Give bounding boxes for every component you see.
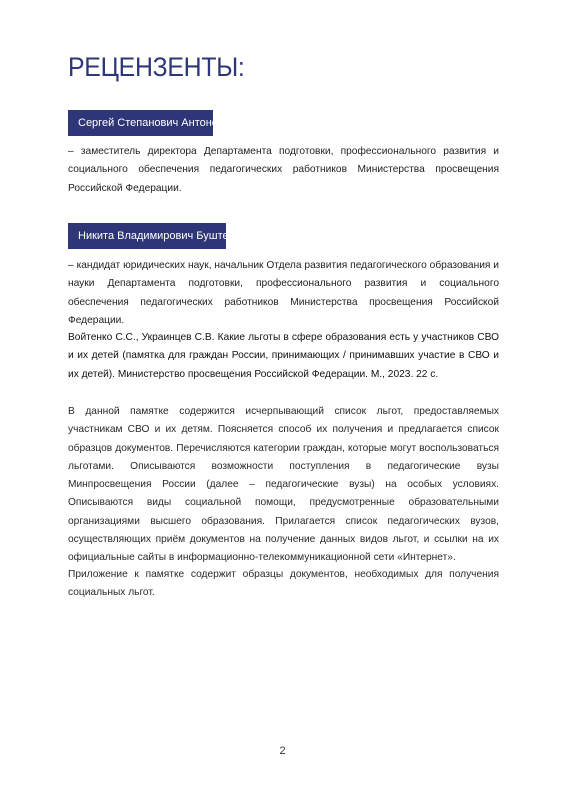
page-number: 2 xyxy=(0,745,565,757)
page-title: РЕЦЕНЗЕНТЫ: xyxy=(68,52,245,83)
bibliographic-citation: Войтенко С.С., Украинцев С.В. Какие льго… xyxy=(68,329,499,384)
reviewer-name-badge: Сергей Степанович Антонов xyxy=(68,110,213,136)
reviewer-description: – кандидат юридических наук, начальник О… xyxy=(68,257,499,330)
abstract-paragraph: В данной памятке содержится исчерпывающи… xyxy=(68,403,499,568)
reviewer-description: – заместитель директора Департамента под… xyxy=(68,143,499,198)
abstract-paragraph: Приложение к памятке содержит образцы до… xyxy=(68,566,499,603)
reviewer-name-badge: Никита Владимирович Буштец xyxy=(68,223,226,249)
